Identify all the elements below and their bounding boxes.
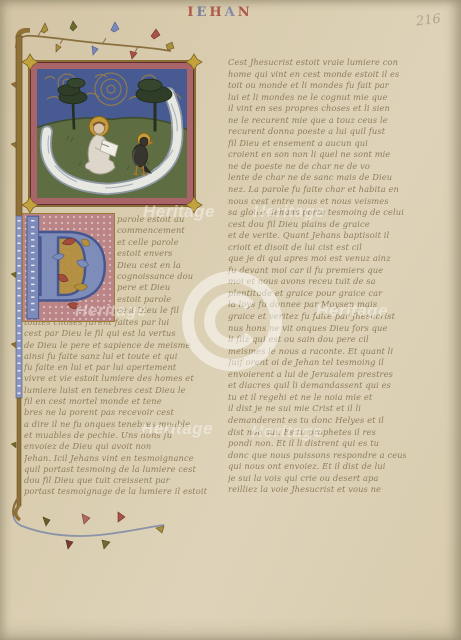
running-title-letter: A — [225, 5, 238, 20]
left-column-text: toutes choses furent faites par luicest … — [24, 317, 220, 498]
manuscript-text-line: graice et veritez fu faite par Jhesucris… — [228, 311, 406, 323]
manuscript-text-line: fu devant moi car il fu premiers que — [228, 265, 406, 277]
manuscript-text-line: demanderent es tu donc Helyes et il — [228, 415, 406, 427]
manuscript-text-line: croient en son non li quel ne sont mie — [228, 149, 406, 161]
left-column-text-beside-initial: parole estoit aucommencementet celle par… — [117, 214, 216, 317]
manuscript-text-line: nez. La parole fu faite char et habita e… — [228, 184, 406, 196]
manuscript-text-line: parole estoit au — [117, 214, 216, 225]
manuscript-text-line: et muables de pechie. Uns hons fu — [24, 430, 220, 441]
manuscript-text-line: cest Dieu le fil — [117, 305, 216, 316]
manuscript-text-line: vivre et vie estoit lumiere des homes et — [24, 373, 220, 384]
manuscript-text-line: il vint en ses propres choses et li sien — [228, 103, 406, 115]
manuscript-text-line: a dire il ne fu onques tenebres muable — [24, 419, 220, 430]
manuscript-text-line: commencement — [117, 225, 216, 236]
manuscript-text-line: moi et nous avons receu tuit de sa — [228, 276, 406, 288]
manuscript-text-line: recurent donna poeste a lui quil fust — [228, 126, 406, 138]
manuscript-text-line: Cest Jhesucrist estoit vraie lumiere con — [228, 57, 406, 69]
miniature-illustration — [37, 69, 187, 198]
manuscript-text-line: Jehan. Icil Jehans vint en tesmoignance — [24, 453, 220, 464]
folio-number: 216 — [415, 12, 441, 30]
manuscript-text-line: dist non sui. Es tu prophetes il res — [228, 427, 406, 439]
manuscript-text-line: ainsi fu faite sanz lui et toute et qui — [24, 351, 220, 362]
manuscript-text-line: fu faite en lui et par lui apertement — [24, 362, 220, 373]
running-title-letter: H — [209, 5, 224, 20]
manuscript-text-line: bres ne la porent pas recevoir cest — [24, 407, 220, 418]
manuscript-text-line: home qui vint en cest monde estoit il es — [228, 69, 406, 81]
illuminated-initial: D — [22, 213, 115, 322]
manuscript-text-line: envoierent a lui de Jerusalem prestres — [228, 369, 406, 381]
manuscript-text-line: reilliez la voie Jhesucrist et vous ne — [228, 484, 406, 496]
manuscript-text-line: nus hons ne vit onques Dieu fors que — [228, 323, 406, 335]
ivy-leaves-icon — [41, 21, 174, 59]
manuscript-text-line: tu et il regehi et ne le noia mie et — [228, 392, 406, 404]
manuscript-text-line: pere et Dieu — [117, 282, 216, 293]
thorn-leaves-icon — [11, 82, 16, 448]
gold-corner-ornament-icon — [185, 53, 203, 71]
manuscript-text-line: lente de char ne de sanc mais de Dieu — [228, 172, 406, 184]
manuscript-text-line: estoit envers — [117, 248, 216, 259]
manuscript-text-line: estoit parole — [117, 294, 216, 305]
manuscript-text-line: cest dou fil Dieu plains de graice — [228, 219, 406, 231]
manuscript-text-line: dou fil Dieu que tuit creissent par — [24, 475, 220, 486]
running-title-letter: E — [196, 5, 209, 20]
manuscript-text-line: crioit et disoit de lui cist est cil — [228, 242, 406, 254]
manuscript-text-line: lui et li mondes ne le cognut mie que — [228, 92, 406, 104]
manuscript-text-line: et de verite. Quant Jehans baptisoit il — [228, 230, 406, 242]
manuscript-text-line: il dist je ne sui mie Crist et il li — [228, 403, 406, 415]
manuscript-text-line: nous cest entre nous et nous veismes — [228, 196, 406, 208]
manuscript-text-line: pondi non. Et il li distrent qui es tu — [228, 438, 406, 450]
running-title: IEHAN — [160, 5, 280, 20]
gold-corner-ornament-icon — [185, 196, 203, 214]
manuscript-text-line: Juif orent oi de Jehan tel tesmoing il — [228, 357, 406, 369]
manuscript-text-line: plentitude et graice pour graice car — [228, 288, 406, 300]
manuscript-text-line: cognoissance dou — [117, 271, 216, 282]
miniature-saint-john — [28, 60, 196, 207]
manuscript-text-line: envoiez de Dieu qui avoit non — [24, 441, 220, 452]
gold-corner-ornament-icon — [21, 196, 39, 214]
manuscript-text-line: fil en cest mortel monde et tene — [24, 396, 220, 407]
manuscript-text-line: et diacres quil li demandassent qui es — [228, 380, 406, 392]
manuscript-text-line: qui nous ont envoiez. Et il dist de lui — [228, 461, 406, 473]
manuscript-text-line: donc que nous puissons respondre a ceus — [228, 450, 406, 462]
manuscript-text-line: meismes le nous a raconte. Et quant li — [228, 346, 406, 358]
manuscript-text-line: la loys fu donnee par Moysen mais — [228, 299, 406, 311]
manuscript-text-line: que je di qui apres moi est venuz ainz — [228, 253, 406, 265]
manuscript-text-line: fil Dieu et ensement a aucun qui — [228, 138, 406, 150]
initial-letter: D — [27, 214, 108, 321]
ivy-leaves-icon — [43, 512, 164, 549]
manuscript-text-line: je sui la vois qui crie ou desert apa — [228, 473, 406, 485]
manuscript-text-line: toit ou monde et li mondes fu fait par — [228, 80, 406, 92]
manuscript-text-line: lumiere luist en tenebres cest Dieu le — [24, 385, 220, 396]
manuscript-page-photo: { "page": { "running_title": { "text": "… — [0, 0, 461, 640]
manuscript-text-line: quil portast tesmoing de la lumiere cest — [24, 464, 220, 475]
bottom-vine-ornament — [6, 496, 176, 560]
manuscript-text-line: et celle parole — [117, 237, 216, 248]
gold-corner-ornament-icon — [21, 53, 39, 71]
running-title-letter: N — [238, 5, 253, 20]
manuscript-text-line: de Dieu le pere et sapience de meisme — [24, 340, 220, 351]
manuscript-text-line: Dieu cest en la — [117, 260, 216, 271]
manuscript-text-line: sa gloire. Jehans porte tesmoing de celu… — [228, 207, 406, 219]
manuscript-text-line: cest par Dieu le fil qui est la vertus — [24, 328, 220, 339]
right-column-text: Cest Jhesucrist estoit vraie lumiere con… — [228, 57, 406, 496]
manuscript-text-line: ne le recurent mie que a touz ceus le — [228, 115, 406, 127]
miniature-scene — [31, 63, 193, 204]
manuscript-text-line: li filz qui est ou sain dou pere cil — [228, 334, 406, 346]
manuscript-text-line: ne de poeste ne de char ne de vo — [228, 161, 406, 173]
